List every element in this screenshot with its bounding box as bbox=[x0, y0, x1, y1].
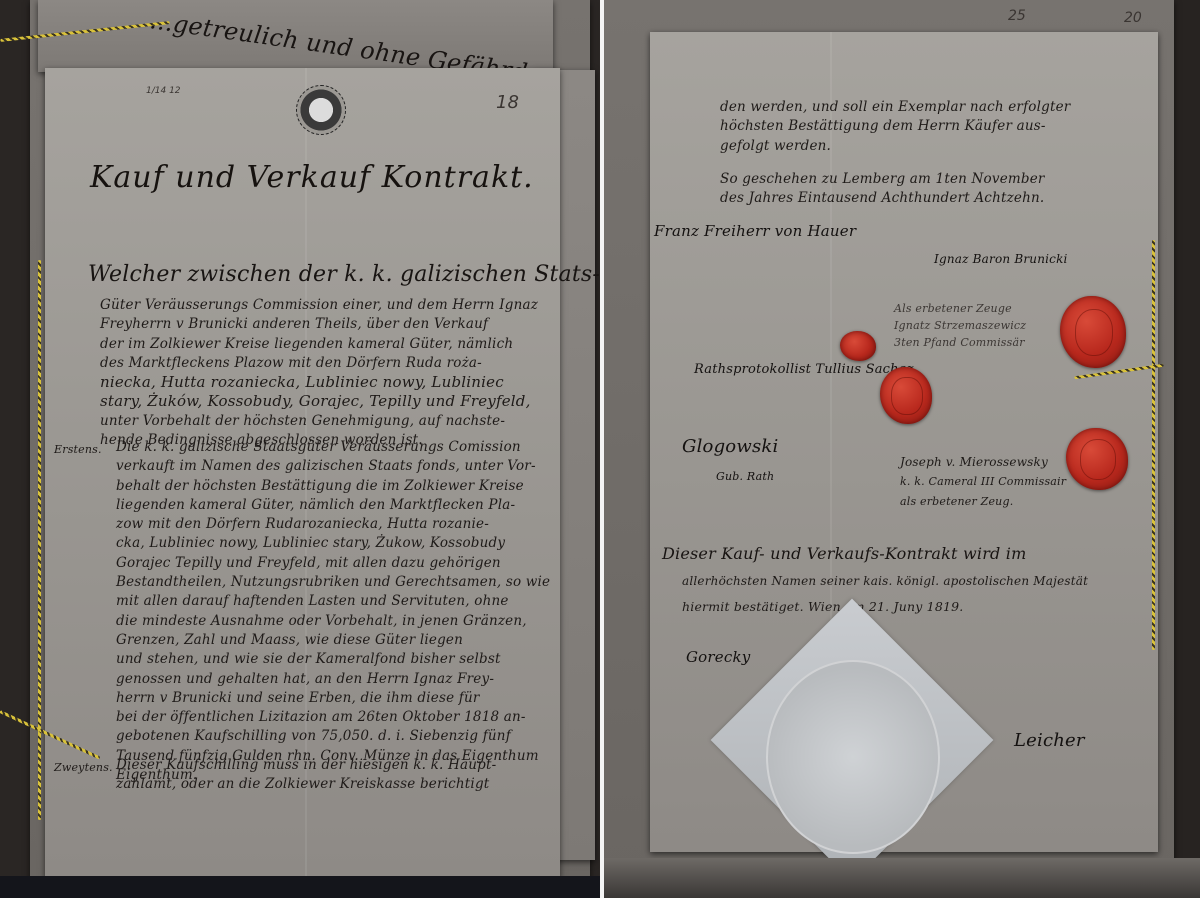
marginal-note-zweytens: Zweytens. bbox=[54, 758, 113, 777]
sheet-number-20: 20 bbox=[1124, 10, 1142, 26]
text-line: höchsten Bestättigung dem Herrn Käufer a… bbox=[720, 117, 1070, 136]
text-line: 3ten Pfand Commissär bbox=[894, 334, 1026, 351]
embossed-eagle-seal bbox=[766, 660, 940, 854]
closing-lines: den werden, und soll ein Exemplar nach e… bbox=[720, 98, 1070, 156]
text-line: liegenden kameral Güter, nämlich den Mar… bbox=[116, 496, 550, 515]
left-page-photo: ...getreulich und ohne Gefährde 1/14 12 … bbox=[0, 0, 600, 898]
text-line: zow mit den Dörfern Rudarozaniecka, Hutt… bbox=[116, 515, 550, 534]
document-title: Kauf und Verkauf Kontrakt. bbox=[90, 160, 534, 195]
text-line: Güter Veräusserungs Commission einer, un… bbox=[100, 296, 538, 315]
witness-block: Als erbetener Zeuge Ignatz Strzemaszewic… bbox=[894, 300, 1026, 351]
text-line: herrn v Brunicki und seine Erben, die ih… bbox=[116, 689, 550, 708]
text-line: gefolgt werden. bbox=[720, 137, 1070, 156]
text-line: unter Vorbehalt der höchsten Genehmigung… bbox=[100, 412, 538, 431]
right-page-photo: 25 20 den werden, und soll ein Exemplar … bbox=[604, 0, 1200, 898]
text-line: allerhöchsten Namen seiner kais. königl.… bbox=[682, 568, 1088, 594]
tax-stamp bbox=[296, 85, 346, 135]
text-line: So geschehen zu Lemberg am 1ten November bbox=[720, 170, 1045, 189]
witness-block-2: Joseph v. Mierossewsky k. k. Cameral III… bbox=[900, 452, 1066, 512]
signature-sachez: Rathsprotokollist Tullius Sachez bbox=[694, 362, 914, 377]
text-line: Als erbetener Zeuge bbox=[894, 300, 1026, 317]
text-line: Joseph v. Mierossewsky bbox=[900, 452, 1066, 472]
wax-seal bbox=[1060, 296, 1126, 368]
signature-glogowski: Glogowski bbox=[682, 436, 778, 457]
dating-lines: So geschehen zu Lemberg am 1ten November… bbox=[720, 170, 1045, 209]
text-line: bei der öffentlichen Lizitazion am 26ten… bbox=[116, 708, 550, 727]
text-line: genossen und gehalten hat, an den Herrn … bbox=[116, 670, 550, 689]
confirmation-block: Dieser Kauf- und Verkaufs-Kontrakt wird … bbox=[662, 540, 1068, 620]
paragraph-2: Die k. k. galizische Staatsgüter Veräuss… bbox=[116, 438, 550, 785]
paragraph-1: Güter Veräusserungs Commission einer, un… bbox=[100, 296, 538, 450]
paragraph-3: Dieser Kaufschilling muss in der hiesige… bbox=[116, 756, 496, 795]
text-line: gebotenen Kaufschilling von 75,050. d. i… bbox=[116, 727, 550, 746]
text-line: die mindeste Ausnahme oder Vorbehalt, in… bbox=[116, 612, 550, 631]
text-line: verkauft im Namen des galizischen Staats… bbox=[116, 457, 550, 476]
text-line: niecka, Hutta rozaniecka, Lubliniec nowy… bbox=[100, 373, 538, 392]
signature-brunicki: Ignaz Baron Brunicki bbox=[934, 252, 1068, 266]
text-line: Die k. k. galizische Staatsgüter Veräuss… bbox=[116, 438, 550, 457]
text-line: des Marktfleckens Plazow mit den Dörfern… bbox=[100, 354, 538, 373]
text-line: Grenzen, Zahl und Maass, wie diese Güter… bbox=[116, 631, 550, 650]
text-line: Dieser Kaufschilling muss in der hiesige… bbox=[116, 756, 496, 775]
table-shadow bbox=[0, 876, 600, 898]
text-line: der im Zolkiewer Kreise liegenden kamera… bbox=[100, 335, 538, 354]
wax-seal bbox=[1066, 428, 1128, 490]
text-line: behalt der höchsten Bestättigung die im … bbox=[116, 477, 550, 496]
text-line: Gorajec Tepilly und Freyfeld, mit allen … bbox=[116, 554, 550, 573]
text-line: stary, Żuków, Kossobudy, Gorajec, Tepill… bbox=[100, 392, 538, 411]
text-line: Freyherrn v Brunicki anderen Theils, übe… bbox=[100, 315, 538, 334]
text-line: des Jahres Eintausend Achthundert Achtze… bbox=[720, 189, 1045, 208]
text-line: mit allen darauf haftenden Lasten und Se… bbox=[116, 592, 550, 611]
text-line: Dieser Kauf- und Verkaufs-Kontrakt wird … bbox=[662, 540, 1068, 568]
text-line: Bestandtheilen, Nutzungsrubriken und Ger… bbox=[116, 573, 550, 592]
text-line: cka, Lubliniec nowy, Lubliniec stary, Żu… bbox=[116, 534, 550, 553]
signature-gub-rath: Gub. Rath bbox=[716, 470, 774, 483]
marginal-fraction: 1/14 12 bbox=[146, 86, 181, 96]
text-line: k. k. Cameral III Commissair bbox=[900, 472, 1066, 492]
sheet-number-25: 25 bbox=[1008, 8, 1026, 24]
text-line: den werden, und soll ein Exemplar nach e… bbox=[720, 98, 1070, 117]
signature-gorecky: Gorecky bbox=[686, 648, 750, 666]
opening-heading: Welcher zwischen der k. k. galizischen S… bbox=[88, 262, 600, 287]
table-shadow bbox=[604, 858, 1200, 898]
wax-seal-small bbox=[840, 331, 876, 361]
binding-string bbox=[38, 260, 41, 820]
text-line: und stehen, und wie sie der Kameralfond … bbox=[116, 650, 550, 669]
text-line: Ignatz Strzemaszewicz bbox=[894, 317, 1026, 334]
folio-number: 18 bbox=[496, 92, 519, 113]
marginal-note-erstens: Erstens. bbox=[54, 440, 102, 459]
signature-leicher: Leicher bbox=[1014, 730, 1085, 751]
text-line: hiermit bestätiget. Wien am 21. Juny 181… bbox=[682, 594, 1088, 620]
binding-string bbox=[1152, 240, 1155, 650]
text-line: zahlamt, oder an die Zolkiewer Kreiskass… bbox=[116, 775, 496, 794]
wax-seal bbox=[880, 367, 932, 424]
text-line: als erbetener Zeug. bbox=[900, 492, 1066, 512]
signature-hauer: Franz Freiherr von Hauer bbox=[654, 222, 856, 240]
